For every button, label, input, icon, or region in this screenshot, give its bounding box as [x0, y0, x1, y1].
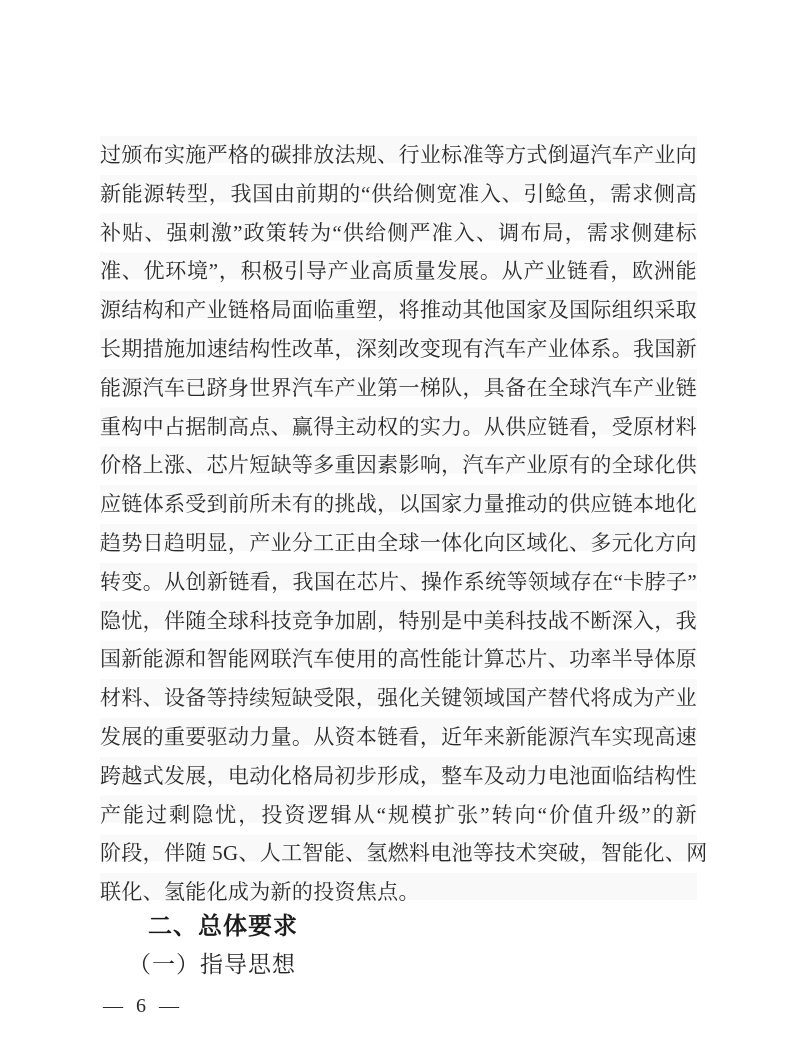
paragraph-line: 能源汽车已跻身世界汽车产业第一梯队，具备在全球汽车产业链 — [100, 369, 697, 408]
paragraph-line: 应链体系受到前所未有的挑战，以国家力量推动的供应链本地化 — [100, 485, 697, 524]
paragraph-line: 源结构和产业链格局面临重塑，将推动其他国家及国际组织采取 — [100, 291, 697, 330]
paragraph-line: 过颁布实施严格的碳排放法规、行业标准等方式倒逼汽车产业向 — [100, 136, 697, 175]
document-page: 过颁布实施严格的碳排放法规、行业标准等方式倒逼汽车产业向 新能源转型，我国由前期… — [0, 0, 793, 1059]
paragraph-line: 产能过剩隐忧，投资逻辑从“规模扩张”转向“价值升级”的新 — [100, 796, 697, 835]
paragraph-line: 价格上涨、芯片短缺等多重因素影响，汽车产业原有的全球化供 — [100, 446, 697, 485]
paragraph: 过颁布实施严格的碳排放法规、行业标准等方式倒逼汽车产业向 新能源转型，我国由前期… — [100, 136, 697, 912]
paragraph-line: 材料、设备等持续短缺受限，强化关键领域国产替代将成为产业 — [100, 679, 697, 718]
subsection-heading: （一）指导思想 — [128, 950, 296, 980]
paragraph-line: 发展的重要驱动力量。从资本链看，近年来新能源汽车实现高速 — [100, 718, 697, 757]
paragraph-line: 重构中占据制高点、赢得主动权的实力。从供应链看，受原材料 — [100, 408, 697, 447]
paragraph-line: 新能源转型，我国由前期的“供给侧宽准入、引鲶鱼，需求侧高 — [100, 175, 697, 214]
section-heading: 二、总体要求 — [148, 912, 298, 942]
paragraph-line: 补贴、强刺激”政策转为“供给侧严准入、调布局，需求侧建标 — [100, 214, 697, 253]
paragraph-line: 阶段，伴随 5G、人工智能、氢燃料电池等技术突破，智能化、网 — [100, 834, 697, 873]
paragraph-line: 国新能源和智能网联汽车使用的高性能计算芯片、功率半导体原 — [100, 640, 697, 679]
paragraph-line: 联化、氢能化成为新的投资焦点。 — [100, 873, 697, 912]
paragraph-line: 准、优环境”，积极引导产业高质量发展。从产业链看，欧洲能 — [100, 252, 697, 291]
page-number: — 6 — — [103, 993, 180, 1019]
paragraph-line: 转变。从创新链看，我国在芯片、操作系统等领域存在“卡脖子” — [100, 563, 697, 602]
paragraph-line: 跨越式发展，电动化格局初步形成，整车及动力电池面临结构性 — [100, 757, 697, 796]
paragraph-line: 趋势日趋明显，产业分工正由全球一体化向区域化、多元化方向 — [100, 524, 697, 563]
paragraph-line: 隐忧，伴随全球科技竞争加剧，特别是中美科技战不断深入，我 — [100, 602, 697, 641]
paragraph-line: 长期措施加速结构性改革，深刻改变现有汽车产业体系。我国新 — [100, 330, 697, 369]
